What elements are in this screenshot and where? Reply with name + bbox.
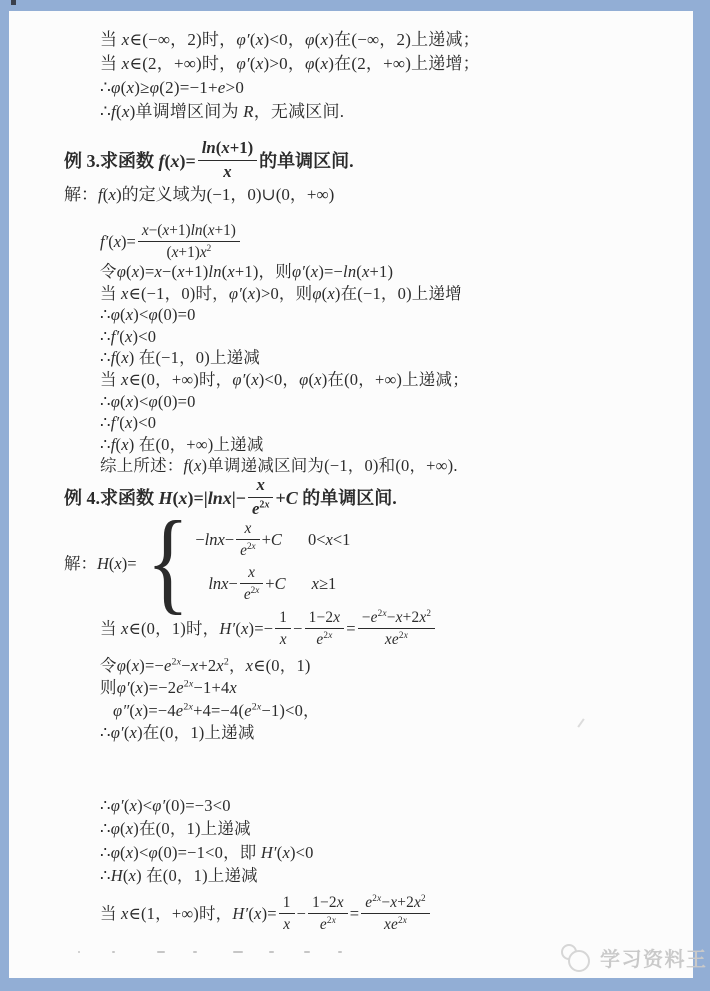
text-line: ∴f(x) 在(0，+∞)上递减 [100, 434, 469, 456]
example4-hprime-on-01: 当 x∈(0，1)时，H′(x)=−1x−1−2xe2x=−e2x−x+2x2x… [100, 605, 437, 653]
text-line: 令φ(x)=x−(x+1)ln(x+1)，则φ′(x)=−ln(x+1) [100, 261, 469, 283]
text-line: 当 x∈(−1，0)时，φ′(x)>0，则φ(x)在(−1，0)上递增 [100, 283, 469, 305]
text-line: 则φ′(x)=−2e2x−1+4x [100, 677, 320, 699]
text-line: ∴f′(x)<0 [100, 326, 469, 348]
page-border-top [0, 0, 710, 11]
example4-solution-steps-2: ∴φ′(x)<φ′(0)=−3<0 ∴φ(x)在(0，1)上递减 ∴φ(x)<φ… [100, 794, 314, 888]
text-line: ∴φ(x)≥φ(2)=−1+e>0 [100, 76, 480, 100]
page-border-right [693, 0, 710, 991]
piecewise-cases: −lnx−xe2x+C0<x<1 lnx−xe2x+Cx≥1 [195, 518, 350, 606]
text-line: ∴φ(x)<φ(0)=0 [100, 304, 469, 326]
case-condition: x≥1 [312, 574, 337, 593]
example4-piecewise-definition: 解：H(x)= { −lnx−xe2x+C0<x<1 lnx−xe2x+Cx≥1 [64, 516, 350, 608]
text-line: ∴φ(x)在(0，1)上递减 [100, 817, 314, 840]
example4-solution-steps-1: 令φ(x)=−e2x−x+2x2，x∈(0，1) 则φ′(x)=−2e2x−1+… [100, 655, 320, 745]
case-expression: −lnx−xe2x+C [195, 530, 282, 549]
example4-heading: 例 4.求函数 H(x)=|lnx|−xe2x+C 的单调区间. [64, 477, 397, 519]
text-line: ∴f′(x)<0 [100, 412, 469, 434]
text-line: ∴f(x) 在(−1，0)上递减 [100, 347, 469, 369]
text-line: ∴φ′(x)在(0，1)上递减 [100, 722, 320, 744]
example3-heading: 例 3.求函数 f(x)=ln(x+1)x的单调区间. [64, 138, 354, 184]
watermark-text: 学习资料王 [600, 943, 708, 972]
watermark-logo-icon [560, 941, 592, 973]
text-line: 当 x∈(2，+∞)时，φ′(x)>0，φ(x)在(2，+∞)上递增； [100, 52, 480, 76]
piecewise-case: −lnx−xe2x+C0<x<1 [195, 518, 350, 562]
text-line: ∴φ′(x)<φ′(0)=−3<0 [100, 794, 314, 817]
example3-derivative-formula: f′(x)=x−(x+1)ln(x+1)(x+1)x2 [100, 219, 242, 265]
text-line: ∴φ(x)<φ(0)=0 [100, 391, 469, 413]
text-line: 当 x∈(−∞，2)时，φ′(x)<0，φ(x)在(−∞，2)上递减； [100, 28, 480, 52]
page-border-left [0, 0, 9, 991]
example3-solution-steps: 令φ(x)=x−(x+1)ln(x+1)，则φ′(x)=−ln(x+1) 当 x… [100, 261, 469, 477]
erased-text-artifact [78, 950, 342, 953]
prev-example-conclusion: 当 x∈(−∞，2)时，φ′(x)<0，φ(x)在(−∞，2)上递减； 当 x∈… [100, 28, 480, 124]
solution-prefix: 解：H(x)= [64, 550, 137, 574]
text-line: ∴φ(x)<φ(0)=−1<0，即 H′(x)<0 [100, 841, 314, 864]
example4-hprime-on-1inf: 当 x∈(1，+∞)时，H′(x)=1x−1−2xe2x=e2x−x+2x2xe… [100, 890, 432, 938]
text-line: φ″(x)=−4e2x+4=−4(e2x−1)<0， [100, 700, 320, 722]
pen-mark-artifact [577, 718, 584, 727]
piecewise-case: lnx−xe2x+Cx≥1 [195, 562, 350, 606]
text-line: 令φ(x)=−e2x−x+2x2，x∈(0，1) [100, 655, 320, 677]
page-border-bottom [0, 978, 710, 991]
text-line: 综上所述：f(x)单调递减区间为(−1，0)和(0，+∞). [100, 455, 469, 477]
logo-circle-large [568, 950, 590, 972]
piecewise-brace: { [146, 517, 189, 607]
text-line: ∴H(x) 在(0，1)上递减 [100, 864, 314, 887]
page-edge-artifact [11, 0, 16, 5]
text-line: ∴f(x)单调增区间为 R，无减区间. [100, 100, 480, 124]
watermark: 学习资料王 [560, 941, 708, 973]
case-expression: lnx−xe2x+C [208, 574, 285, 593]
example3-domain-line: 解：f(x)的定义域为(−1，0)∪(0，+∞) [64, 183, 334, 207]
text-line: 当 x∈(0，+∞)时，φ′(x)<0，φ(x)在(0，+∞)上递减； [100, 369, 469, 391]
case-condition: 0<x<1 [308, 530, 350, 549]
document-page: 当 x∈(−∞，2)时，φ′(x)<0，φ(x)在(−∞，2)上递减； 当 x∈… [0, 0, 710, 991]
